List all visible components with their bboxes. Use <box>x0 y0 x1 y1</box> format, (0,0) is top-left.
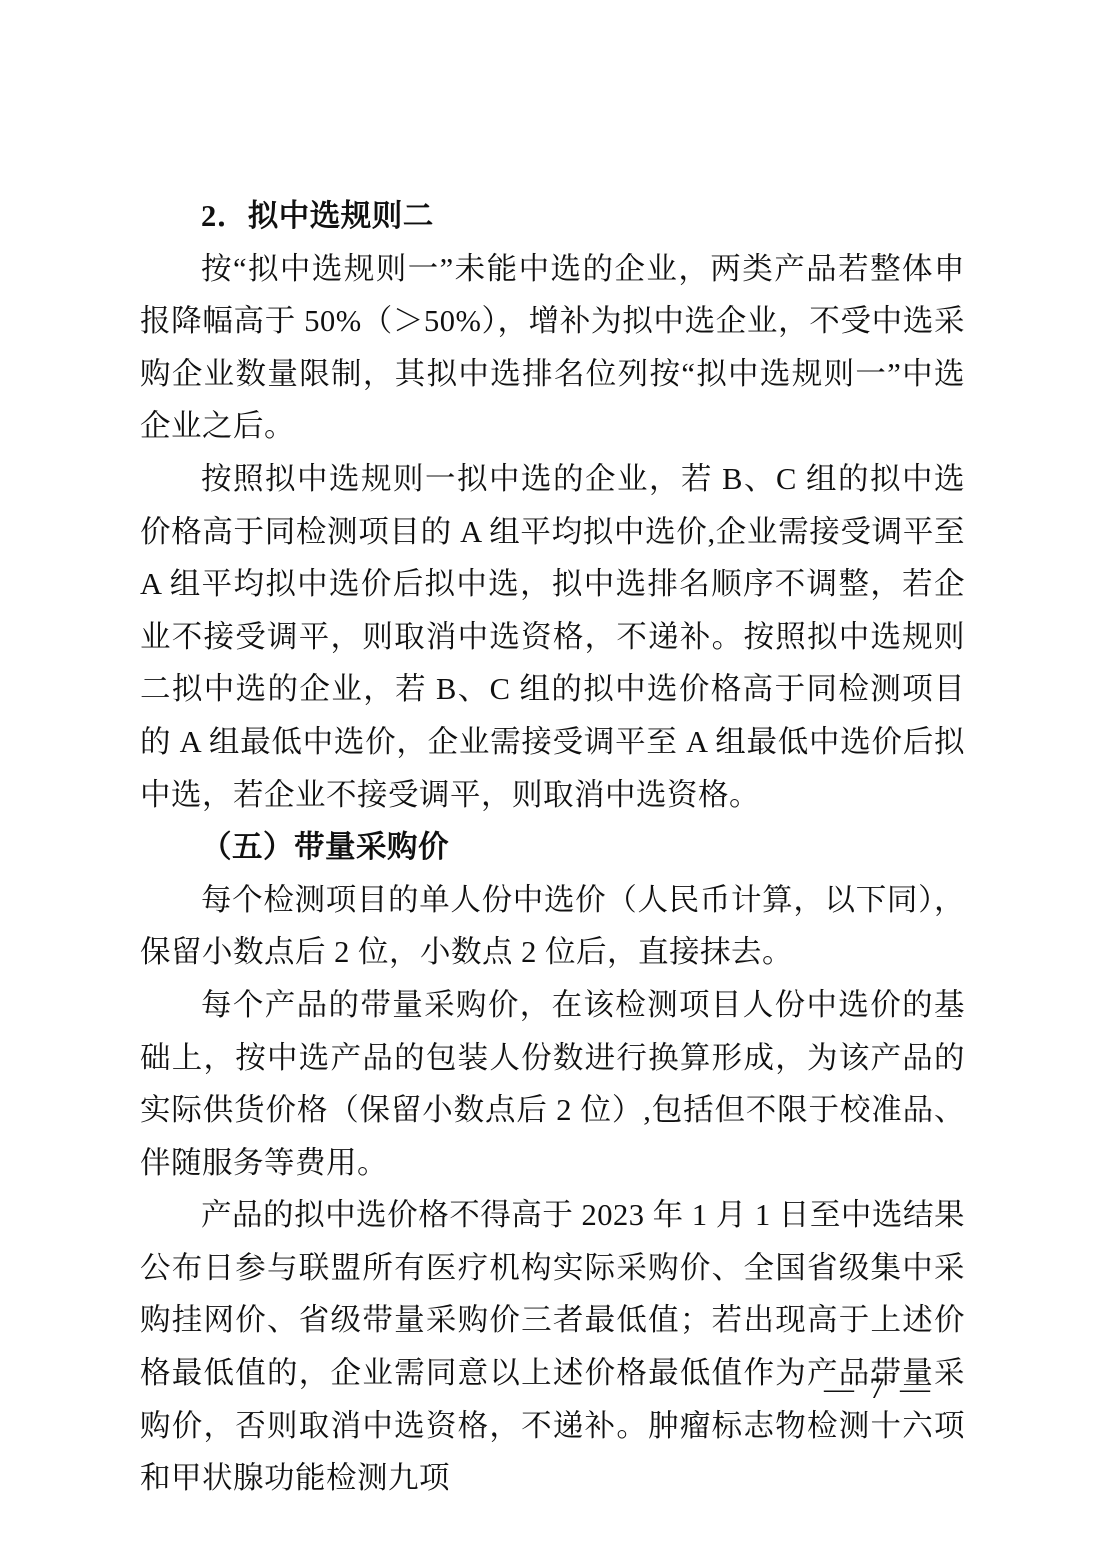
paragraph-unit-price-rounding: 每个检测项目的单人份中选价（人民币计算，以下同），保留小数点后 2 位，小数点 … <box>140 874 965 979</box>
document-page: 2．拟中选规则二 按“拟中选规则一”未能中选的企业，两类产品若整体申报降幅高于 … <box>0 0 1102 1559</box>
paragraph-rule-two-intro: 按“拟中选规则一”未能中选的企业，两类产品若整体申报降幅高于 50%（＞50%）… <box>140 243 965 453</box>
paragraph-price-leveling: 按照拟中选规则一拟中选的企业，若 B、C 组的拟中选价格高于同检测项目的 A 组… <box>140 453 965 821</box>
heading-rule-two: 2．拟中选规则二 <box>140 190 965 243</box>
document-body: 2．拟中选规则二 按“拟中选规则一”未能中选的企业，两类产品若整体申报降幅高于 … <box>140 190 965 1505</box>
paragraph-price-ceiling: 产品的拟中选价格不得高于 2023 年 1 月 1 日至中选结果公布日参与联盟所… <box>140 1189 965 1505</box>
heading-volume-purchase-price: （五）带量采购价 <box>140 821 965 874</box>
paragraph-product-price-conversion: 每个产品的带量采购价，在该检测项目人份中选价的基础上，按中选产品的包装人份数进行… <box>140 979 965 1189</box>
page-number: — 7 — <box>824 1372 934 1406</box>
